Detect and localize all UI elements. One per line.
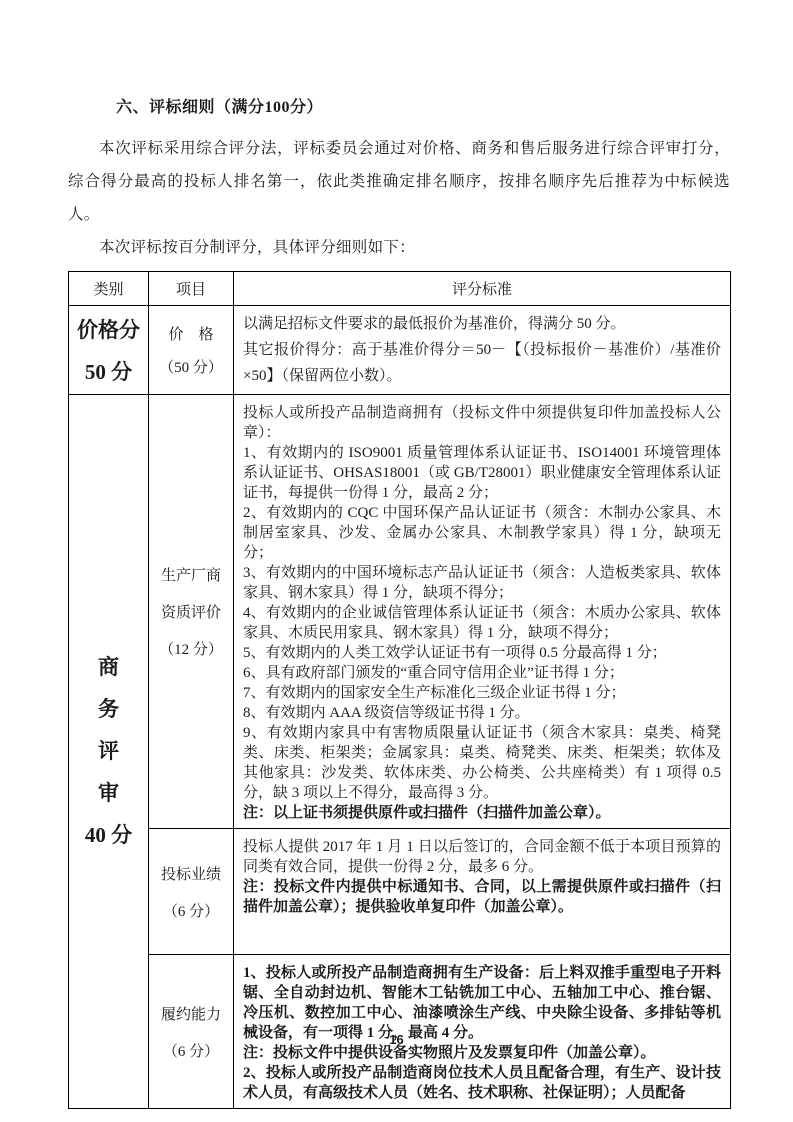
criteria-line: 1、投标人或所投产品制造商拥有生产设备：后上料双推手重型电子开料锯、全自动封边机…: [243, 963, 721, 1043]
price-criteria-cell: 以满足招标文件要求的最低报价为基准价，得满分 50 分。 其它报价得分：高于基准…: [234, 306, 731, 395]
document-page: 六、评标细则（满分100分） 本次评标采用综合评分法，评标委员会通过对价格、商务…: [0, 0, 793, 1122]
price-score-row: 价格分 50 分 价 格 （50 分） 以满足招标文件要求的最低报价为基准价，得…: [69, 306, 731, 395]
item-label-line: 资质评价: [161, 601, 221, 622]
header-criteria: 评分标准: [234, 272, 731, 306]
price-category-cell: 价格分 50 分: [69, 306, 149, 395]
qualification-criteria-cell: 投标人或所投产品制造商拥有（投标文件中须提供复印件加盖投标人公章）： 1、有效期…: [234, 395, 731, 829]
section-title: 六、评标细则（满分100分）: [68, 94, 730, 117]
business-review-category-cell: 商 务 评 审 40 分: [69, 395, 149, 1109]
lead-in-paragraph: 本次评标按百分制评分，具体评分细则如下：: [68, 231, 730, 264]
criteria-line: 8、有效期内 AAA 级资信等级证书得 1 分。: [243, 703, 721, 723]
criteria-line: 6、具有政府部门颁发的“重合同守信用企业”证书得 1 分；: [243, 663, 721, 683]
business-category-char: 评: [98, 741, 119, 762]
price-category-score: 50 分: [85, 356, 132, 386]
qualification-item-cell: 生产厂商 资质评价 （12 分）: [149, 395, 234, 829]
criteria-line: 1、有效期内的 ISO9001 质量管理体系认证证书、ISO14001 环境管理…: [243, 443, 721, 503]
business-category-char: 务: [98, 699, 119, 720]
criteria-line: 5、有效期内的人类工效学认证证书有一项得 0.5 分最高得 1 分；: [243, 643, 721, 663]
business-category-score: 40 分: [85, 825, 132, 846]
item-label-line: 投标业绩: [161, 863, 221, 884]
bid-performance-item-cell: 投标业绩 （6 分）: [149, 829, 234, 955]
item-score-line: （6 分）: [163, 900, 219, 921]
table-header-row: 类别 项目 评分标准: [69, 272, 731, 306]
criteria-line: 2、有效期内的 CQC 中国环保产品认证证书（须含：木制办公家具、木制居室家具、…: [243, 503, 721, 563]
business-category-char: 审: [98, 783, 119, 804]
page-number: 16: [0, 1032, 793, 1047]
bid-performance-criteria-cell: 投标人提供 2017 年 1 月 1 日以后签订的，合同金额不低于本项目预算的同…: [234, 829, 731, 955]
intro-paragraph: 本次评标采用综合评分法，评标委员会通过对价格、商务和售后服务进行综合评审打分，综…: [68, 132, 730, 231]
criteria-line: 其它报价得分：高于基准价得分＝50－【（投标报价－基准价）/基准价×50】（保留…: [243, 337, 721, 389]
header-item: 项目: [149, 272, 234, 306]
qualification-row: 商 务 评 审 40 分 生产厂商 资质评价 （12 分） 投标人或所投产品制造…: [69, 395, 731, 829]
criteria-line: 2、投标人或所投产品制造商岗位技术人员且配备合理，有生产、设计技术人员，有高级技…: [243, 1063, 721, 1103]
criteria-line: 4、有效期内的企业诚信管理体系认证证书（须含：木质办公家具、软体家具、木质民用家…: [243, 603, 721, 643]
item-label-line: 生产厂商: [161, 564, 221, 585]
item-label-line: 履约能力: [161, 1003, 221, 1024]
price-item-label: 价 格: [168, 323, 213, 344]
criteria-note-line: 注：投标文件内提供中标通知书、合同，以上需提供原件或扫描件（扫描件加盖公章）；提…: [243, 877, 721, 917]
header-category: 类别: [69, 272, 149, 306]
criteria-line: 投标人或所投产品制造商拥有（投标文件中须提供复印件加盖投标人公章）：: [243, 403, 721, 443]
price-item-cell: 价 格 （50 分）: [149, 306, 234, 395]
criteria-note-line: 注：以上证书须提供原件或扫描件（扫描件加盖公章）。: [243, 803, 721, 823]
criteria-line: 投标人提供 2017 年 1 月 1 日以后签订的，合同金额不低于本项目预算的同…: [243, 837, 721, 877]
criteria-line: 3、有效期内的中国环境标志产品认证证书（须含：人造板类家具、软体家具、钢木家具）…: [243, 563, 721, 603]
criteria-line: 以满足招标文件要求的最低报价为基准价，得满分 50 分。: [243, 311, 721, 337]
bid-performance-row: 投标业绩 （6 分） 投标人提供 2017 年 1 月 1 日以后签订的，合同金…: [69, 829, 731, 955]
item-score-line: （12 分）: [159, 638, 223, 659]
price-category-label: 价格分: [77, 314, 140, 344]
price-item-score: （50 分）: [159, 356, 223, 377]
business-category-char: 商: [98, 657, 119, 678]
criteria-line: 9、有效期内家具中有害物质限量认证证书（须含木家具：桌类、椅凳类、床类、柜架类；…: [243, 723, 721, 803]
criteria-line: 7、有效期内的国家安全生产标准化三级企业证书得 1 分；: [243, 683, 721, 703]
evaluation-criteria-table: 类别 项目 评分标准 价格分 50 分 价 格 （50 分） 以满足招标文件要求…: [68, 271, 731, 1109]
